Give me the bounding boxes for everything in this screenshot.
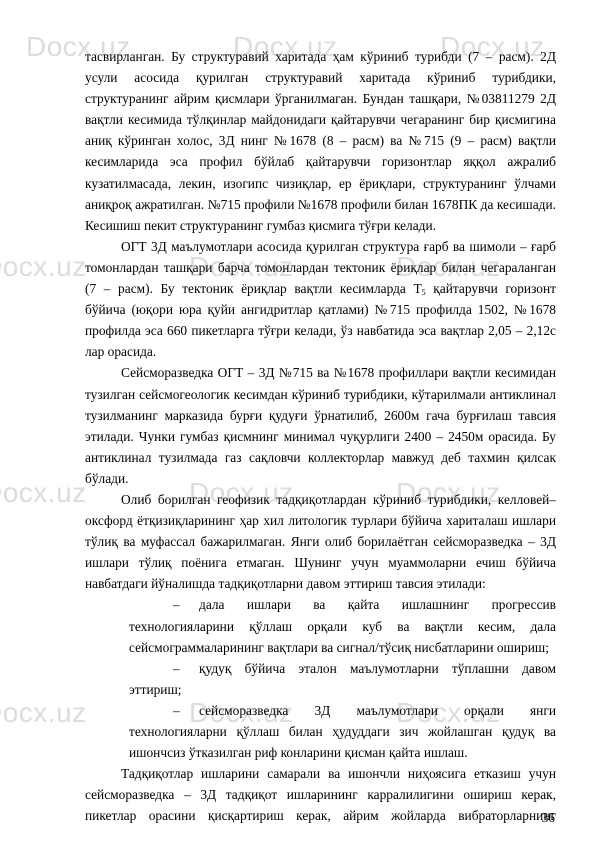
dash-bullet: – bbox=[173, 700, 199, 721]
dash-bullet: – bbox=[173, 594, 199, 615]
paragraph: Олиб борилган геофизик тадқиқотлардан кў… bbox=[85, 489, 556, 594]
watermark: Docx.uz bbox=[0, 698, 87, 728]
list-item: –сейсморазведка 3Д маълумотлари орқали я… bbox=[129, 700, 556, 763]
paragraph: Тадқиқотлар ишларини самарали ва ишончли… bbox=[85, 763, 556, 826]
watermark: Docx.uz bbox=[0, 478, 87, 508]
paragraph: Сейсморазведка ОГТ – 3Д №715 ва №1678 пр… bbox=[85, 362, 556, 489]
paragraph: тасвирланган. Бу структуравий харитада ҳ… bbox=[85, 46, 556, 236]
page-number: 36 bbox=[542, 810, 555, 826]
list-item: –қудуқ бўйича эталон маълумотларни тўпла… bbox=[129, 658, 556, 700]
watermark: Docx.uz bbox=[0, 252, 87, 282]
document-page: тасвирланган. Бу структуравий харитада ҳ… bbox=[85, 46, 556, 826]
list-item: –дала ишлари ва қайта ишлашнинг прогресс… bbox=[129, 594, 556, 657]
dash-bullet: – bbox=[173, 658, 199, 679]
paragraph: ОГТ 3Д маълумотлари асосида қурилган стр… bbox=[85, 236, 556, 363]
